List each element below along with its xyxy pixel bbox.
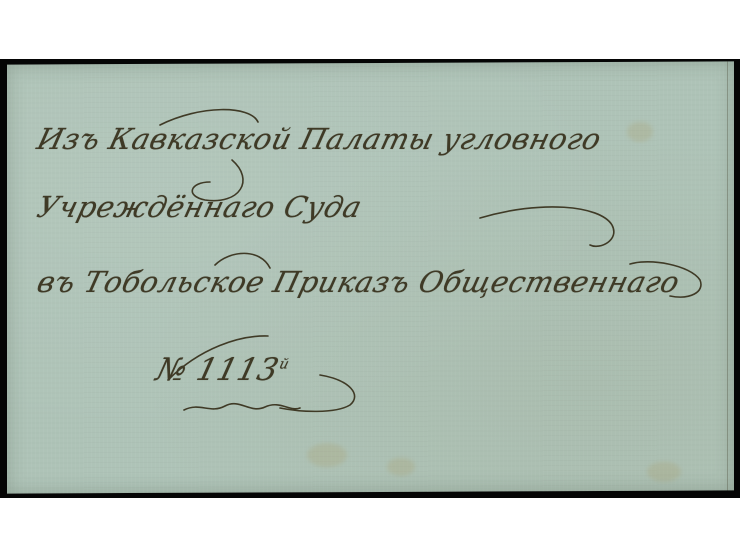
docket-number: № 1113й [153, 352, 293, 388]
address-line-3: въ Тобольское Приказъ Общественнаго [34, 265, 684, 299]
address-line-2: Учреждённаго Суда [34, 190, 366, 224]
handwriting: Изъ Кавказской Палаты угловного Учреждён… [0, 0, 740, 557]
address-line-1: Изъ Кавказской Палаты угловного [34, 122, 605, 156]
number-prefix: № [153, 352, 192, 388]
number-value: 1113 [193, 352, 283, 388]
